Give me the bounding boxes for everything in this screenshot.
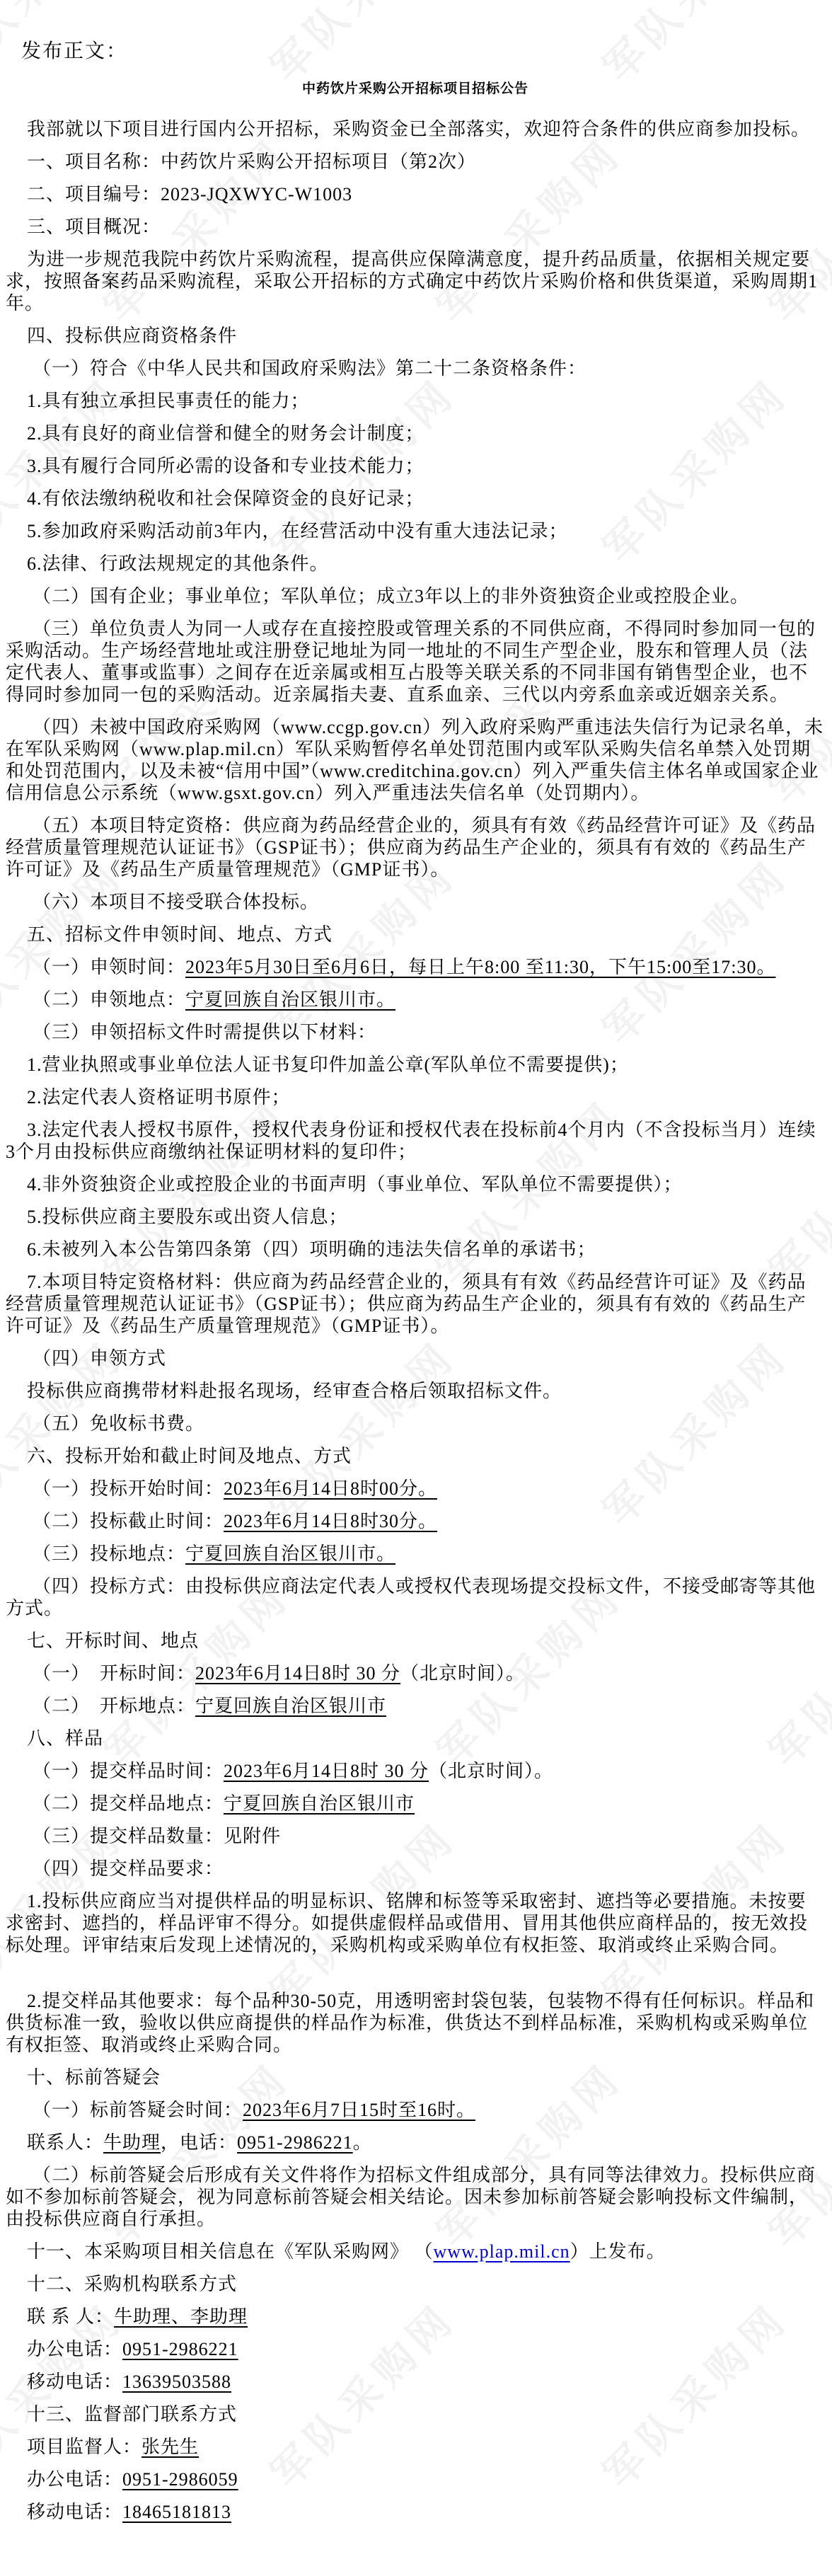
paragraph: （四）未被中国政府采购网（www.ccgp.gov.cn）列入政府采购严重违法失… bbox=[6, 716, 825, 804]
text-run: 2.具有良好的商业信誉和健全的财务会计制度； bbox=[27, 423, 424, 444]
underlined-value: 张先生 bbox=[141, 2437, 199, 2457]
text-run: 十三、监督部门联系方式 bbox=[27, 2404, 237, 2425]
paragraph: （五）本项目特定资格：供应商为药品经营企业的，须具有有效《药品经营许可证》及《药… bbox=[6, 815, 825, 880]
list-item: 1.营业执照或事业单位法人证书复印件加盖公章(军队单位不需要提供)； bbox=[6, 1054, 825, 1076]
text-run: 项目监督人： bbox=[27, 2437, 141, 2457]
text-run: 3.法定代表人授权书原件，授权代表身份证和授权代表在投标前4个月内（不含投标当月… bbox=[6, 1120, 816, 1162]
text-run: 办公电话： bbox=[27, 2339, 122, 2359]
underlined-value: 2023年6月14日8时 30 分 bbox=[224, 1761, 429, 1781]
contact-line: 办公电话：0951-2986221 bbox=[6, 2338, 825, 2360]
paragraph: （一）申领时间：2023年5月30日至6月6日，每日上午8:00 至11:30，… bbox=[6, 956, 825, 978]
section-heading: 十三、监督部门联系方式 bbox=[6, 2403, 825, 2425]
section-heading: 三、项目概况： bbox=[6, 216, 825, 238]
text-run: 4.有依法缴纳税收和社会保障资金的良好记录； bbox=[27, 488, 424, 509]
underlined-value: 18465181813 bbox=[122, 2502, 231, 2522]
text-run: 5.参加政府采购活动前3年内，在经营活动中没有重大违法记录； bbox=[27, 521, 568, 541]
contact-line: 联系人：牛助理，电话：0951-2986221。 bbox=[6, 2132, 825, 2154]
text-run: （四）申领方式 bbox=[33, 1348, 166, 1369]
doc-title: 中药饮片采购公开招标项目招标公告 bbox=[6, 78, 825, 97]
list-item: 4.非外资独资企业或控股企业的书面声明（事业单位、军队单位不需要提供）； bbox=[6, 1173, 825, 1195]
paragraph: （五）免收标书费。 bbox=[6, 1413, 825, 1434]
text-run: 移动电话： bbox=[27, 2502, 122, 2522]
underlined-value: 13639503588 bbox=[122, 2371, 231, 2392]
paragraph: （四）提交样品要求： bbox=[6, 1858, 825, 1880]
underlined-value: 宁夏回族自治区银川市。 bbox=[185, 989, 395, 1010]
paragraph: （二）标前答疑会后形成有关文件将作为招标文件组成部分，具有同等法律效力。投标供应… bbox=[6, 2164, 825, 2230]
paragraph: （四）投标方式：由投标供应商法定代表人或授权代表现场提交投标文件，不接受邮寄等其… bbox=[6, 1575, 825, 1619]
contact-line: 移动电话：13639503588 bbox=[6, 2371, 825, 2393]
text-run: 4.非外资独资企业或控股企业的书面声明（事业单位、军队单位不需要提供）； bbox=[27, 1174, 683, 1195]
paragraph: （一）符合《中华人民共和国政府采购法》第二十二条资格条件： bbox=[6, 357, 825, 379]
text-run: 2.提交样品其他要求：每个品种30-50克，用透明密封袋包装，包装物不得有任何标… bbox=[6, 1991, 814, 2055]
text-run: （二）提交样品地点： bbox=[33, 1793, 224, 1814]
text-run: 六、投标开始和截止时间及地点、方式 bbox=[27, 1446, 352, 1466]
text-run: 6.法律、行政法规规定的其他条件。 bbox=[27, 553, 329, 574]
text-run: （一）提交样品时间： bbox=[33, 1761, 224, 1781]
text-run: 6.未被列入本公告第四条第（四）项明确的违法失信名单的承诺书； bbox=[27, 1239, 596, 1260]
text-run: （四）未被中国政府采购网（www.ccgp.gov.cn）列入政府采购严重违法失… bbox=[6, 717, 824, 803]
text-run: 一、项目名称：中药饮片采购公开招标项目（第2次） bbox=[27, 151, 476, 172]
text-run: 3.具有履行合同所必需的设备和专业技术能力； bbox=[27, 456, 424, 476]
text-run: （二）国有企业；事业单位；军队单位；成立3年以上的非外资独资企业或控股企业。 bbox=[33, 586, 749, 606]
paragraph: 投标供应商携带材料赴报名现场，经审查合格后领取招标文件。 bbox=[6, 1380, 825, 1402]
text-run: 为进一步规范我院中药饮片采购流程，提高供应保障满意度，提升药品质量，依据相关规定… bbox=[6, 249, 818, 314]
paragraph: （六）本项目不接受联合体投标。 bbox=[6, 891, 825, 913]
underlined-value: 宁夏回族自治区银川市 bbox=[195, 1696, 386, 1716]
paragraph: （三）申领招标文件时需提供以下材料： bbox=[6, 1021, 825, 1043]
underlined-value: 0951-2986221 bbox=[237, 2132, 353, 2153]
paragraph: （三）单位负责人为同一人或存在直接控股或管理关系的不同供应商，不得同时参加同一包… bbox=[6, 618, 825, 706]
text-run: 2.法定代表人资格证明书原件； bbox=[27, 1087, 291, 1108]
section-heading: 六、投标开始和截止时间及地点、方式 bbox=[6, 1445, 825, 1467]
intro-paragraph: 我部就以下项目进行国内公开招标，采购资金已全部落实，欢迎符合条件的供应商参加投标… bbox=[6, 118, 825, 140]
text-run: 1.营业执照或事业单位法人证书复印件加盖公章(军队单位不需要提供)； bbox=[27, 1054, 629, 1075]
text-run: （二）投标截止时间： bbox=[33, 1511, 224, 1531]
list-item: 6.未被列入本公告第四条第（四）项明确的违法失信名单的承诺书； bbox=[6, 1238, 825, 1260]
section-heading: 七、开标时间、地点 bbox=[6, 1630, 825, 1652]
list-item: 6.法律、行政法规规定的其他条件。 bbox=[6, 553, 825, 575]
paragraph: 2.提交样品其他要求：每个品种30-50克，用透明密封袋包装，包装物不得有任何标… bbox=[6, 1990, 825, 2056]
paragraph: （三）投标地点：宁夏回族自治区银川市。 bbox=[6, 1543, 825, 1565]
contact-line: 项目监督人：张先生 bbox=[6, 2436, 825, 2458]
text-run: （一）标前答疑会时间： bbox=[33, 2100, 243, 2120]
text-run: （二）标前答疑会后形成有关文件将作为招标文件组成部分，具有同等法律效力。投标供应… bbox=[6, 2165, 816, 2229]
paragraph: 1.投标供应商应当对提供样品的明显标识、铭牌和标签等采取密封、遮挡等必要措施。未… bbox=[6, 1890, 825, 1956]
paragraph: 为进一步规范我院中药饮片采购流程，提高供应保障满意度，提升药品质量，依据相关规定… bbox=[6, 248, 825, 314]
text-run: 5.投标供应商主要股东或出资人信息； bbox=[27, 1207, 348, 1227]
paragraph: （一）提交样品时间：2023年6月14日8时 30 分（北京时间）。 bbox=[6, 1760, 825, 1782]
text-run: 联系人： bbox=[27, 2132, 103, 2153]
list-item: 3.具有履行合同所必需的设备和专业技术能力； bbox=[6, 455, 825, 477]
text-run: 二、项目编号：2023-JQXWYC-W1003 bbox=[27, 184, 352, 205]
contact-line: 办公电话：0951-2986059 bbox=[6, 2468, 825, 2490]
paragraph: （一） 开标时间：2023年6月14日8时 30 分（北京时间）。 bbox=[6, 1662, 825, 1684]
text-run: 1.具有独立承担民事责任的能力； bbox=[27, 391, 310, 411]
list-item: 4.有依法缴纳税收和社会保障资金的良好记录； bbox=[6, 488, 825, 510]
underlined-value: 2023年5月30日至6月6日，每日上午8:00 至11:30，下午15:00至… bbox=[185, 957, 775, 977]
announcement-page: 军队采购网军队采购网军队采购网军队采购网军队采购网军队采购网军队采购网军队采购网… bbox=[0, 0, 832, 2576]
underlined-value: 宁夏回族自治区银川市。 bbox=[185, 1543, 395, 1564]
underlined-value: 0951-2986221 bbox=[122, 2339, 238, 2359]
paragraph: （三）提交样品数量：见附件 bbox=[6, 1825, 825, 1847]
underlined-value: 2023年6月14日8时00分。 bbox=[224, 1478, 437, 1499]
paragraph: （二） 开标地点：宁夏回族自治区银川市 bbox=[6, 1695, 825, 1717]
text-run: ）上发布。 bbox=[570, 2241, 666, 2262]
publish-label: 发布正文： bbox=[21, 35, 825, 64]
section-heading: 八、样品 bbox=[6, 1727, 825, 1749]
text-run: 投标供应商携带材料赴报名现场，经审查合格后领取招标文件。 bbox=[27, 1381, 562, 1401]
text-run: （一）申领时间： bbox=[33, 957, 185, 977]
text-run: （北京时间）。 bbox=[429, 1761, 553, 1781]
text-run: （一） 开标时间： bbox=[33, 1663, 195, 1684]
section-heading: 四、投标供应商资格条件 bbox=[6, 325, 825, 347]
section-heading: 五、招标文件申领时间、地点、方式 bbox=[6, 924, 825, 945]
text-run: （五）本项目特定资格：供应商为药品经营企业的，须具有有效《药品经营许可证》及《药… bbox=[6, 815, 816, 880]
text-run: （一）投标开始时间： bbox=[33, 1478, 224, 1499]
underlined-value: 牛助理 bbox=[103, 2132, 161, 2153]
text-run: 移动电话： bbox=[27, 2371, 122, 2392]
text-run: 五、招标文件申领时间、地点、方式 bbox=[27, 924, 333, 945]
section-heading: 十、标前答疑会 bbox=[6, 2066, 825, 2088]
text-run: 1.投标供应商应当对提供样品的明显标识、铭牌和标签等采取密封、遮挡等必要措施。未… bbox=[6, 1891, 808, 1955]
text-run: （五）免收标书费。 bbox=[33, 1413, 204, 1434]
text-run: 。 bbox=[353, 2132, 372, 2153]
underlined-value: 牛助理、李助理 bbox=[114, 2306, 248, 2327]
paragraph: （二）申领地点：宁夏回族自治区银川市。 bbox=[6, 989, 825, 1011]
text-run: （三）提交样品数量：见附件 bbox=[33, 1826, 281, 1846]
text-run: ，电话： bbox=[161, 2132, 237, 2153]
text-run: 十一、本采购项目相关信息在《军队采购网》 （ bbox=[27, 2241, 434, 2262]
text-run: 八、样品 bbox=[27, 1728, 103, 1749]
underlined-value: 2023年6月14日8时30分。 bbox=[224, 1511, 437, 1531]
text-run: 我部就以下项目进行国内公开招标，采购资金已全部落实，欢迎符合条件的供应商参加投标… bbox=[27, 119, 810, 139]
underlined-value: 0951-2986059 bbox=[122, 2469, 238, 2490]
text-run: （北京时间）。 bbox=[400, 1663, 525, 1684]
section-heading: 一、项目名称：中药饮片采购公开招标项目（第2次） bbox=[6, 151, 825, 173]
text-run: 七、开标时间、地点 bbox=[27, 1631, 199, 1651]
list-item: 2.法定代表人资格证明书原件； bbox=[6, 1086, 825, 1108]
text-run: 联 系 人： bbox=[27, 2306, 114, 2327]
plap-mil-cn-link[interactable]: www.plap.mil.cn bbox=[434, 2241, 570, 2262]
underlined-value: 2023年6月14日8时 30 分 bbox=[195, 1663, 400, 1684]
list-item: 2.具有良好的商业信誉和健全的财务会计制度； bbox=[6, 422, 825, 444]
paragraph: （二）投标截止时间：2023年6月14日8时30分。 bbox=[6, 1510, 825, 1532]
announcement-body: 我部就以下项目进行国内公开招标，采购资金已全部落实，欢迎符合条件的供应商参加投标… bbox=[6, 118, 825, 2523]
list-item: 5.投标供应商主要股东或出资人信息； bbox=[6, 1206, 825, 1228]
paragraph: （一）投标开始时间：2023年6月14日8时00分。 bbox=[6, 1478, 825, 1500]
text-run: （二） 开标地点： bbox=[33, 1696, 195, 1716]
list-item: 7.本项目特定资格材料：供应商为药品经营企业的，须具有有效《药品经营许可证》及《… bbox=[6, 1271, 825, 1337]
text-run: 7.本项目特定资格材料：供应商为药品经营企业的，须具有有效《药品经营许可证》及《… bbox=[6, 1272, 807, 1336]
section-heading: 十一、本采购项目相关信息在《军队采购网》 （www.plap.mil.cn）上发… bbox=[6, 2241, 825, 2262]
announcement-content: 发布正文： 中药饮片采购公开招标项目招标公告 我部就以下项目进行国内公开招标，采… bbox=[0, 0, 832, 2576]
text-run: （六）本项目不接受联合体投标。 bbox=[33, 892, 319, 912]
text-run: （三）单位负责人为同一人或存在直接控股或管理关系的不同供应商，不得同时参加同一包… bbox=[6, 619, 816, 705]
list-item: 3.法定代表人授权书原件，授权代表身份证和授权代表在投标前4个月内（不含投标当月… bbox=[6, 1119, 825, 1163]
list-item: 1.具有独立承担民事责任的能力； bbox=[6, 390, 825, 412]
text-run: （三）投标地点： bbox=[33, 1543, 185, 1564]
text-run: （三）申领招标文件时需提供以下材料： bbox=[33, 1022, 376, 1042]
paragraph: （一）标前答疑会时间：2023年6月7日15时至16时。 bbox=[6, 2099, 825, 2121]
text-run: （四）提交样品要求： bbox=[33, 1858, 224, 1879]
text-run: 十、标前答疑会 bbox=[27, 2067, 161, 2088]
text-run: 十二、采购机构联系方式 bbox=[27, 2274, 237, 2294]
contact-line: 移动电话：18465181813 bbox=[6, 2501, 825, 2523]
contact-line: 联 系 人：牛助理、李助理 bbox=[6, 2306, 825, 2328]
list-item: 5.参加政府采购活动前3年内，在经营活动中没有重大违法记录； bbox=[6, 520, 825, 542]
section-heading: 十二、采购机构联系方式 bbox=[6, 2273, 825, 2295]
text-run: 四、投标供应商资格条件 bbox=[27, 326, 237, 346]
paragraph: （二）国有企业；事业单位；军队单位；成立3年以上的非外资独资企业或控股企业。 bbox=[6, 585, 825, 607]
paragraph: （四）申领方式 bbox=[6, 1347, 825, 1369]
underlined-value: 2023年6月7日15时至16时。 bbox=[243, 2100, 475, 2120]
paragraph: （二）提交样品地点：宁夏回族自治区银川市 bbox=[6, 1793, 825, 1815]
text-run: 办公电话： bbox=[27, 2469, 122, 2490]
section-heading: 二、项目编号：2023-JQXWYC-W1003 bbox=[6, 183, 825, 205]
text-run: 三、项目概况： bbox=[27, 217, 161, 237]
text-run: （四）投标方式：由投标供应商法定代表人或授权代表现场提交投标文件，不接受邮寄等其… bbox=[6, 1576, 816, 1618]
underlined-value: 宁夏回族自治区银川市 bbox=[224, 1793, 415, 1814]
text-run: （二）申领地点： bbox=[33, 989, 185, 1010]
text-run: （一）符合《中华人民共和国政府采购法》第二十二条资格条件： bbox=[33, 358, 587, 379]
